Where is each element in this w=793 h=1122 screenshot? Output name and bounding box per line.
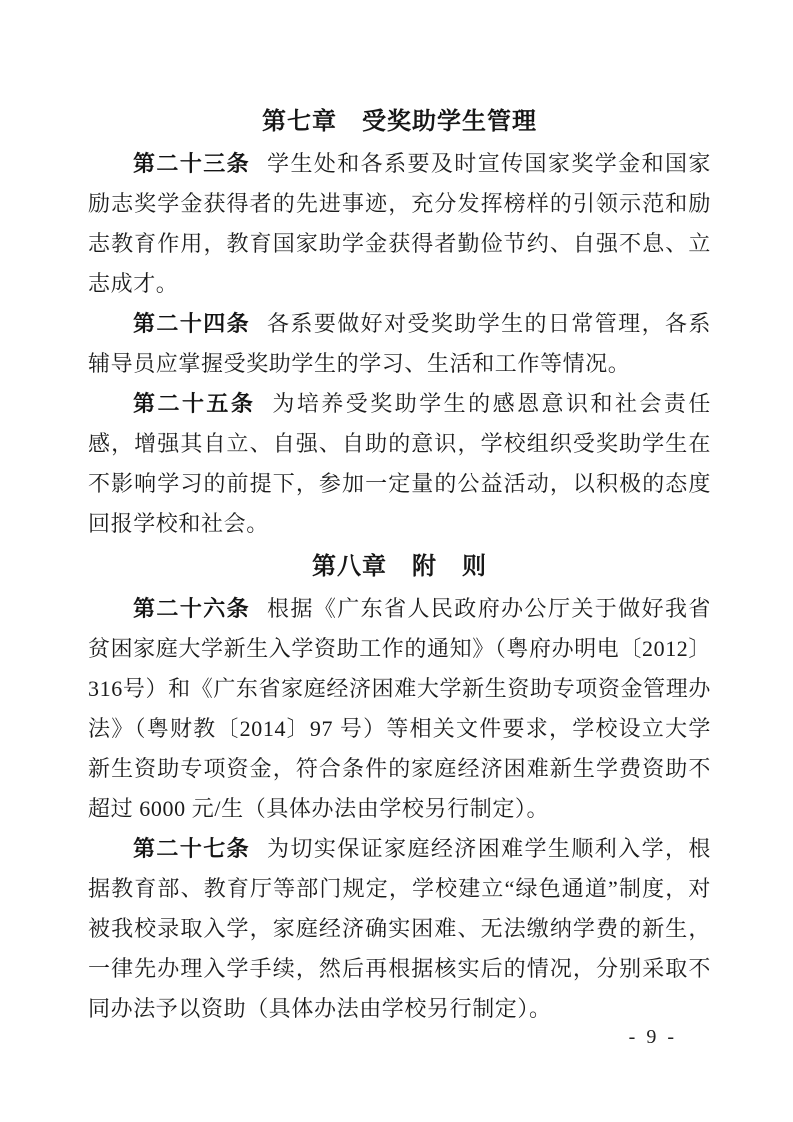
article-24-label: 第二十四条 bbox=[133, 311, 250, 336]
article-26-label: 第二十六条 bbox=[133, 596, 250, 621]
article-27-paragraph: 第二十七条为切实保证家庭经济困难学生顺利入学，根据教育部、教育厅等部门规定，学校… bbox=[88, 829, 711, 1029]
article-23-paragraph: 第二十三条学生处和各系要及时宣传国家奖学金和国家励志奖学金获得者的先进事迹，充分… bbox=[88, 144, 711, 304]
article-25-paragraph: 第二十五条为培养受奖助学生的感恩意识和社会责任感，增强其自立、自强、自助的意识，… bbox=[88, 384, 711, 544]
article-25-label: 第二十五条 bbox=[133, 391, 255, 416]
page-number: - 9 - bbox=[629, 1024, 677, 1050]
article-26-text: 根据《广东省人民政府办公厅关于做好我省贫困家庭大学新生入学资助工作的通知》（粤府… bbox=[88, 596, 711, 821]
document-content: 第七章 受奖助学生管理 第二十三条学生处和各系要及时宣传国家奖学金和国家励志奖学… bbox=[88, 99, 711, 1029]
article-27-label: 第二十七条 bbox=[133, 836, 250, 861]
section-chapter-8: 第八章 附 则 第二十六条根据《广东省人民政府办公厅关于做好我省贫困家庭大学新生… bbox=[88, 544, 711, 1029]
chapter-7-heading: 第七章 受奖助学生管理 bbox=[88, 99, 711, 144]
chapter-8-heading: 第八章 附 则 bbox=[88, 544, 711, 589]
article-24-paragraph: 第二十四条各系要做好对受奖助学生的日常管理，各系辅导员应掌握受奖助学生的学习、生… bbox=[88, 304, 711, 384]
article-26-paragraph: 第二十六条根据《广东省人民政府办公厅关于做好我省贫困家庭大学新生入学资助工作的通… bbox=[88, 589, 711, 829]
section-chapter-7: 第七章 受奖助学生管理 第二十三条学生处和各系要及时宣传国家奖学金和国家励志奖学… bbox=[88, 99, 711, 544]
document-page: 第七章 受奖助学生管理 第二十三条学生处和各系要及时宣传国家奖学金和国家励志奖学… bbox=[0, 0, 793, 1122]
article-23-label: 第二十三条 bbox=[133, 151, 250, 176]
article-27-text: 为切实保证家庭经济困难学生顺利入学，根据教育部、教育厅等部门规定，学校建立“绿色… bbox=[88, 836, 711, 1021]
